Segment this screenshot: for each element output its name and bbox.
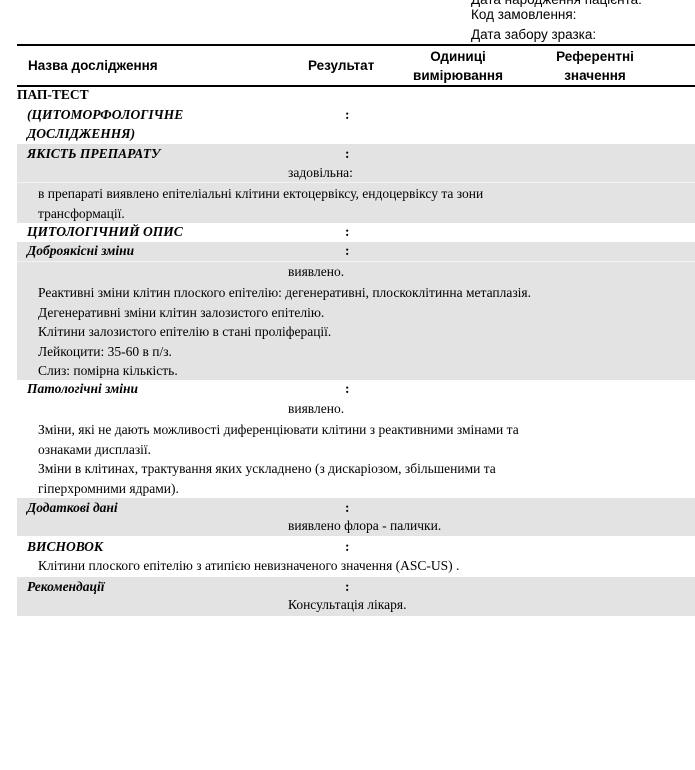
- quality-line: в препараті виявлено епітеліальні клітин…: [38, 184, 483, 204]
- recommendations-title: Рекомендації: [27, 579, 105, 595]
- pathological-result: виявлено.: [288, 401, 344, 417]
- col-result-header: Результат: [308, 58, 374, 73]
- col-units-header: Одиницівимірювання: [407, 47, 509, 85]
- benign-result: виявлено.: [288, 264, 344, 280]
- test-subtitle-2: ДОСЛІДЖЕННЯ): [27, 126, 135, 142]
- pathological-line: ознаками дисплазії.: [38, 440, 519, 460]
- benign-line: Реактивні зміни клітин плоского епітелію…: [38, 283, 531, 303]
- colon: :: [345, 539, 350, 555]
- colon: :: [345, 579, 350, 595]
- additional-result: виявлено флора - палички.: [288, 518, 441, 534]
- benign-line: Дегенеративні зміни клітин залозистого е…: [38, 303, 531, 323]
- benign-line: Лейкоцити: 35-60 в п/з.: [38, 342, 531, 362]
- pathological-title: Патологічні зміни: [27, 381, 138, 397]
- colon: :: [345, 500, 350, 516]
- test-title-row: ПАП-ТЕСТ (ЦИТОМОРФОЛОГІЧНЕ ДОСЛІДЖЕННЯ) …: [17, 86, 695, 144]
- additional-title: Додаткові дані: [27, 500, 118, 516]
- colon: :: [345, 146, 350, 162]
- quality-title: ЯКІСТЬ ПРЕПАРАТУ: [27, 146, 160, 162]
- pathological-line: Зміни в клітинах, трактування яких ускла…: [38, 459, 519, 479]
- colon: :: [345, 243, 350, 259]
- benign-details: виявлено. Реактивні зміни клітин плоског…: [17, 261, 695, 380]
- conclusion-section: ВИСНОВОК : Клітини плоского епітелію з а…: [17, 537, 695, 577]
- pathological-line: гіперхромними ядрами).: [38, 479, 519, 499]
- conclusion-title: ВИСНОВОК: [27, 539, 103, 555]
- sample-date-label: Дата забору зразка:: [471, 27, 596, 42]
- col-reference-header: Референтнізначення: [545, 47, 645, 85]
- benign-title-row: Доброякісні зміни :: [17, 242, 695, 261]
- quality-title-row: ЯКІСТЬ ПРЕПАРАТУ :: [17, 144, 695, 164]
- patient-birthdate-label: Дата народження пацієнта:: [471, 0, 642, 7]
- colon: :: [345, 107, 350, 123]
- cytology-title: ЦИТОЛОГІЧНИЙ ОПИС: [27, 224, 183, 240]
- colon: :: [345, 224, 350, 240]
- recommendations-result: Консультація лікаря.: [288, 597, 406, 613]
- pathological-line: Зміни, які не дають можливості диференці…: [38, 420, 519, 440]
- table-header: Назва дослідження Результат Одиницівимір…: [17, 44, 695, 87]
- quality-result-row: задовільна:: [17, 164, 695, 182]
- col-name-header: Назва дослідження: [28, 58, 158, 73]
- quality-result: задовільна:: [288, 165, 353, 181]
- quality-details: в препараті виявлено епітеліальні клітин…: [17, 182, 695, 223]
- benign-title: Доброякісні зміни: [27, 243, 134, 259]
- benign-line: Клітини залозистого епітелію в стані про…: [38, 322, 531, 342]
- recommendations-section: Рекомендації : Консультація лікаря.: [17, 577, 695, 616]
- quality-line: трансформації.: [38, 204, 483, 224]
- test-title: ПАП-ТЕСТ: [17, 87, 89, 103]
- benign-line: Слиз: помірна кількість.: [38, 361, 531, 381]
- test-subtitle-1: (ЦИТОМОРФОЛОГІЧНЕ: [27, 107, 183, 123]
- pathological-section: Патологічні зміни : виявлено. Зміни, які…: [17, 380, 695, 498]
- order-code-label: Код замовлення:: [471, 7, 576, 22]
- additional-section: Додаткові дані : виявлено флора - паличк…: [17, 498, 695, 536]
- conclusion-line: Клітини плоского епітелію з атипією неви…: [38, 556, 459, 576]
- cytology-title-row: ЦИТОЛОГІЧНИЙ ОПИС :: [17, 222, 695, 242]
- colon: :: [345, 381, 350, 397]
